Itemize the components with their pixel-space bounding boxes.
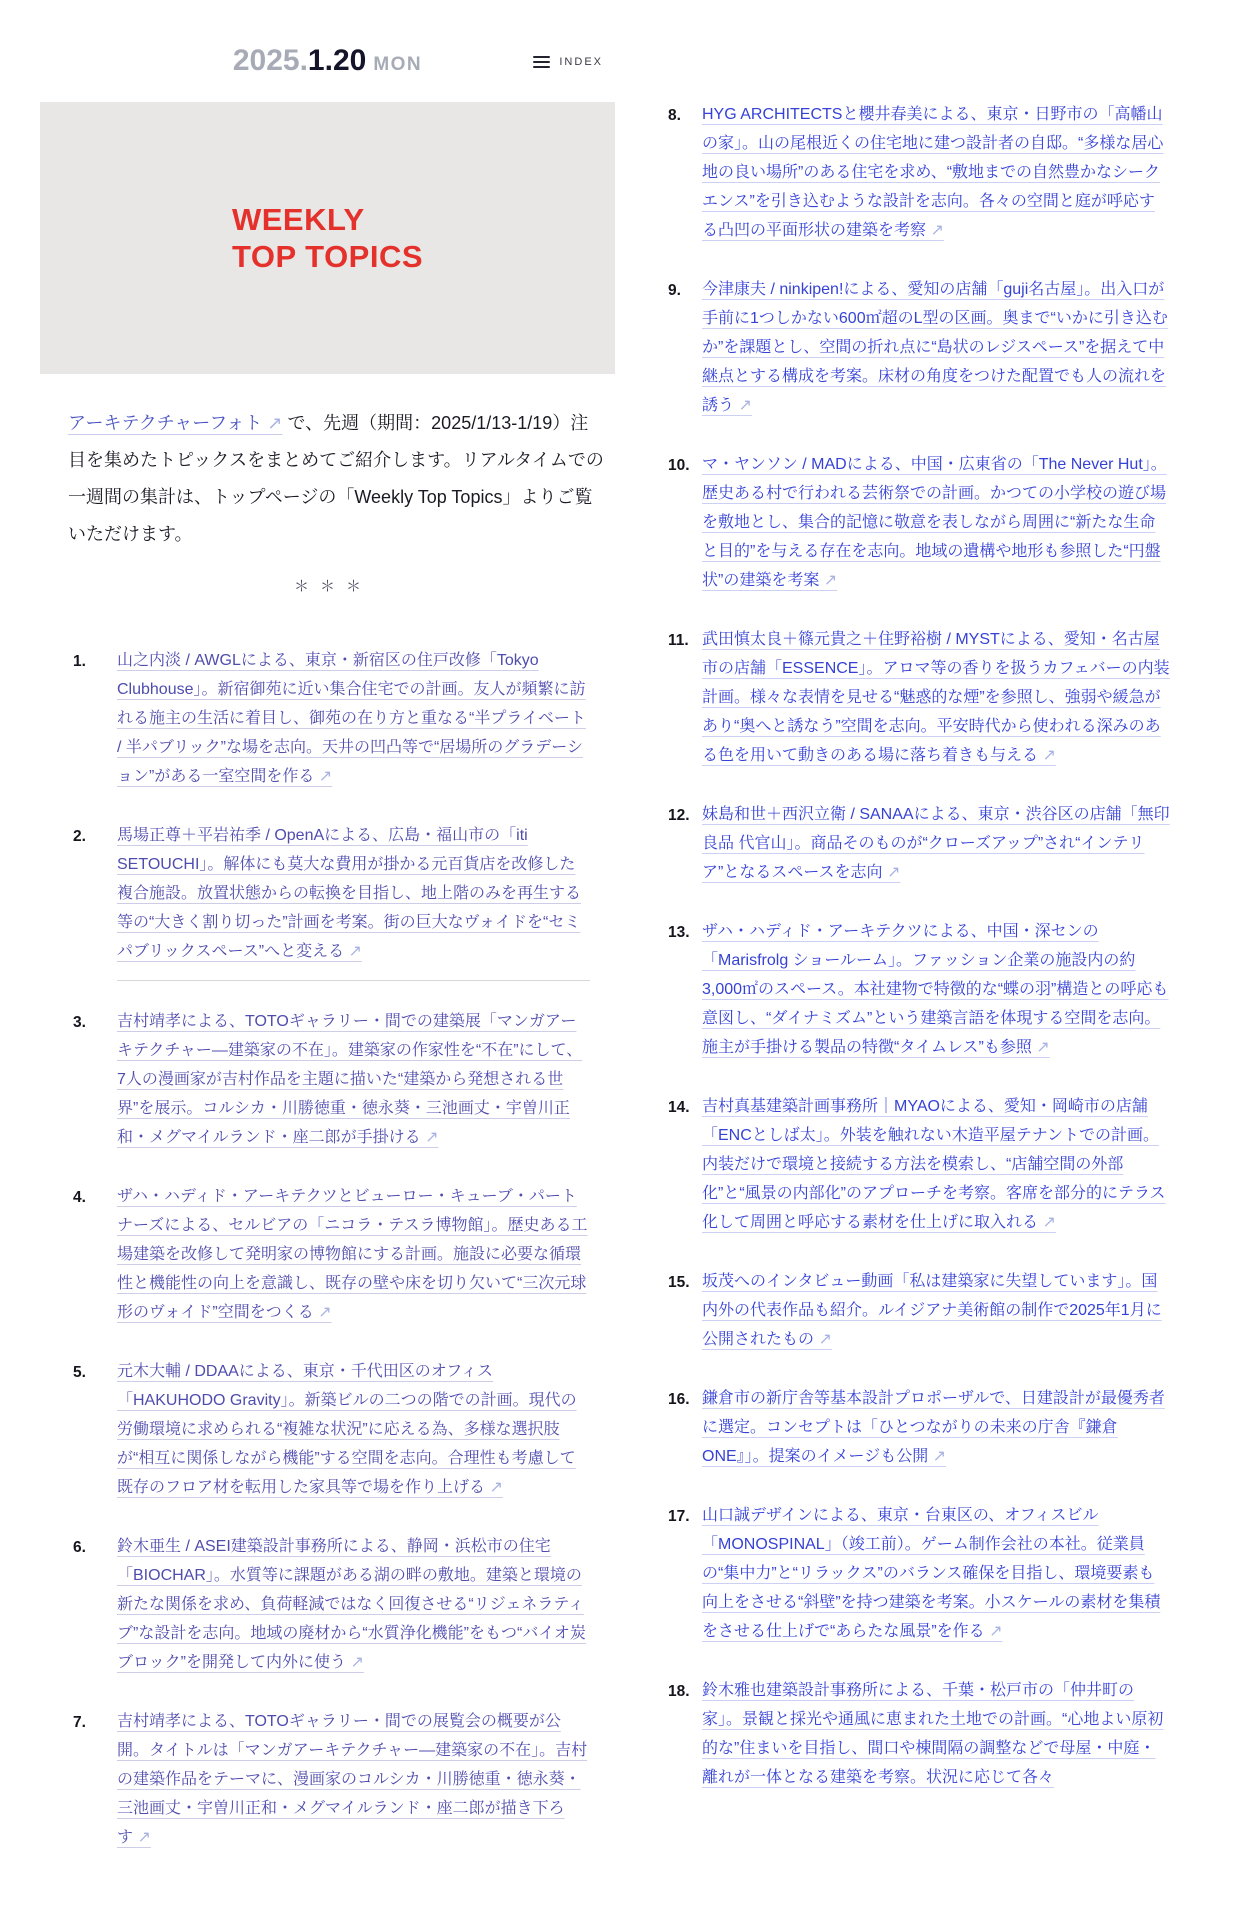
topic-number: 5. xyxy=(73,1357,117,1502)
topic-link[interactable]: 妹島和世＋西沢立衛 / SANAAによる、東京・渋谷区の店舗「無印良品 代官山」… xyxy=(702,800,1170,887)
topic-item: 3.吉村靖孝による、TOTOギャラリー・間での建築展「マンガアーキテクチャー―建… xyxy=(73,1007,590,1152)
topic-number: 3. xyxy=(73,1007,117,1152)
topic-number: 15. xyxy=(668,1267,702,1354)
topic-link[interactable]: 山口誠デザインによる、東京・台東区の、オフィスビル「MONOSPINAL」（竣工… xyxy=(702,1501,1170,1646)
external-link-icon: ↗ xyxy=(928,1448,946,1465)
date-day: 1.20 xyxy=(308,44,366,77)
masthead: 2025.1.20MON INDEX xyxy=(40,44,615,86)
page-date: 2025.1.20MON xyxy=(40,44,615,78)
external-link-icon: ↗ xyxy=(346,1654,364,1671)
topic-link[interactable]: 吉村靖孝による、TOTOギャラリー・間での建築展「マンガアーキテクチャー―建築家… xyxy=(117,1007,590,1152)
topic-item: 16.鎌倉市の新庁舎等基本設計プロポーザルで、日建設計が最優秀者に選定。コンセプ… xyxy=(668,1384,1170,1471)
topics-list-left: 1.山之内淡 / AWGLによる、東京・新宿区の住戸改修「Tokyo Clubh… xyxy=(73,646,590,1852)
site-link[interactable]: アーキテクチャーフォト ↗ xyxy=(68,413,283,433)
index-label: INDEX xyxy=(559,56,603,68)
topic-link[interactable]: 鈴木亜生 / ASEI建築設計事務所による、静岡・浜松市の住宅「BIOCHAR」… xyxy=(117,1532,590,1677)
site-link-label: アーキテクチャーフォト xyxy=(68,413,262,433)
topic-link[interactable]: 鎌倉市の新庁舎等基本設計プロポーザルで、日建設計が最優秀者に選定。コンセプトは「… xyxy=(702,1384,1170,1471)
external-link-icon: ↗ xyxy=(1038,747,1056,764)
topic-number: 7. xyxy=(73,1707,117,1852)
external-link-icon: ↗ xyxy=(314,768,332,785)
right-column: 8.HYG ARCHITECTSと櫻井春美による、東京・日野市の「高幡山の家」。… xyxy=(668,100,1170,1822)
topic-item: 4.ザハ・ハディド・アーキテクツとビューロー・キューブ・パートナーズによる、セル… xyxy=(73,1182,590,1327)
topic-number: 12. xyxy=(668,800,702,887)
intro-paragraph: アーキテクチャーフォト ↗ で、先週（期間：2025/1/13-1/19）注目を… xyxy=(68,405,605,553)
topic-item: 1.山之内淡 / AWGLによる、東京・新宿区の住戸改修「Tokyo Clubh… xyxy=(73,646,590,791)
topic-link[interactable]: 元木大輔 / DDAAによる、東京・千代田区のオフィス「HAKUHODO Gra… xyxy=(117,1357,590,1502)
section-divider-stars: ＊＊＊ xyxy=(40,575,615,596)
external-link-icon: ↗ xyxy=(133,1829,151,1846)
external-link-icon: ↗ xyxy=(883,864,901,881)
topic-number: 4. xyxy=(73,1182,117,1327)
topic-item: 7.吉村靖孝による、TOTOギャラリー・間での展覧会の概要が公開。タイトルは「マ… xyxy=(73,1707,590,1852)
topic-item: 15.坂茂へのインタビュー動画「私は建築家に失望しています」。国内外の代表作品も… xyxy=(668,1267,1170,1354)
external-link-icon: ↗ xyxy=(485,1479,503,1496)
date-year: 2025. xyxy=(233,44,308,77)
topic-number: 2. xyxy=(73,821,117,966)
topic-number: 13. xyxy=(668,917,702,1062)
topic-link[interactable]: 馬場正尊＋平岩祐季 / OpenAによる、広島・福山市の「iti SETOUCH… xyxy=(117,821,590,966)
topic-link[interactable]: 今津康夫 / ninkipen!による、愛知の店舗「guji名古屋」。出入口が手… xyxy=(702,275,1170,420)
topic-number: 17. xyxy=(668,1501,702,1646)
divider-line xyxy=(117,980,590,981)
page: 2025.1.20MON INDEX WEEKLY TOP TOPICS アーキ… xyxy=(0,0,1239,1920)
topic-item: 10.マ・ヤンソン / MADによる、中国・広東省の「The Never Hut… xyxy=(668,450,1170,595)
menu-icon xyxy=(533,56,550,68)
topic-number: 11. xyxy=(668,625,702,770)
hero-title-line1: WEEKLY xyxy=(232,201,423,238)
hero-title-line2: TOP TOPICS xyxy=(232,238,423,275)
external-link-icon: ↗ xyxy=(421,1129,439,1146)
topic-item: 2.馬場正尊＋平岩祐季 / OpenAによる、広島・福山市の「iti SETOU… xyxy=(73,821,590,966)
topic-link[interactable]: マ・ヤンソン / MADによる、中国・広東省の「The Never Hut」。歴… xyxy=(702,450,1170,595)
topic-link[interactable]: HYG ARCHITECTSと櫻井春美による、東京・日野市の「高幡山の家」。山の… xyxy=(702,100,1170,245)
topic-number: 10. xyxy=(668,450,702,595)
topic-number: 14. xyxy=(668,1092,702,1237)
topics-list-right: 8.HYG ARCHITECTSと櫻井春美による、東京・日野市の「高幡山の家」。… xyxy=(668,100,1170,1792)
index-button[interactable]: INDEX xyxy=(533,56,603,68)
topic-number: 9. xyxy=(668,275,702,420)
topic-link[interactable]: 吉村靖孝による、TOTOギャラリー・間での展覧会の概要が公開。タイトルは「マンガ… xyxy=(117,1707,590,1852)
hero-title: WEEKLY TOP TOPICS xyxy=(232,201,423,275)
topic-link[interactable]: ザハ・ハディド・アーキテクツによる、中国・深センの「Marisfrolg ショー… xyxy=(702,917,1170,1062)
topic-link[interactable]: 武田慎太良＋篠元貴之＋住野裕樹 / MYSTによる、愛知・名古屋市の店舗「ESS… xyxy=(702,625,1170,770)
hero-banner: WEEKLY TOP TOPICS xyxy=(40,102,615,374)
external-link-icon: ↗ xyxy=(1032,1039,1050,1056)
topic-number: 1. xyxy=(73,646,117,791)
external-link-icon: ↗ xyxy=(1038,1214,1056,1231)
topic-item: 12.妹島和世＋西沢立衛 / SANAAによる、東京・渋谷区の店舗「無印良品 代… xyxy=(668,800,1170,887)
topic-link[interactable]: 鈴木雅也建築設計事務所による、千葉・松戸市の「仲井町の家」。景観と採光や通風に恵… xyxy=(702,1676,1170,1792)
topic-link[interactable]: 坂茂へのインタビュー動画「私は建築家に失望しています」。国内外の代表作品も紹介。… xyxy=(702,1267,1170,1354)
external-link-icon: ↗ xyxy=(344,943,362,960)
topic-number: 6. xyxy=(73,1532,117,1677)
external-link-icon: ↗ xyxy=(314,1304,332,1321)
external-link-icon: ↗ xyxy=(926,222,944,239)
left-column: 2025.1.20MON INDEX WEEKLY TOP TOPICS アーキ… xyxy=(40,44,615,1882)
topic-item: 9.今津康夫 / ninkipen!による、愛知の店舗「guji名古屋」。出入口… xyxy=(668,275,1170,420)
topic-item: 5.元木大輔 / DDAAによる、東京・千代田区のオフィス「HAKUHODO G… xyxy=(73,1357,590,1502)
topic-number: 16. xyxy=(668,1384,702,1471)
external-link-icon: ↗ xyxy=(734,397,752,414)
topic-link[interactable]: ザハ・ハディド・アーキテクツとビューロー・キューブ・パートナーズによる、セルビア… xyxy=(117,1182,590,1327)
topic-item: 6.鈴木亜生 / ASEI建築設計事務所による、静岡・浜松市の住宅「BIOCHA… xyxy=(73,1532,590,1677)
date-weekday: MON xyxy=(373,54,422,75)
topic-item: 11.武田慎太良＋篠元貴之＋住野裕樹 / MYSTによる、愛知・名古屋市の店舗「… xyxy=(668,625,1170,770)
topic-item: 13.ザハ・ハディド・アーキテクツによる、中国・深センの「Marisfrolg … xyxy=(668,917,1170,1062)
external-link-icon: ↗ xyxy=(819,572,837,589)
topic-link[interactable]: 吉村真基建築計画事務所｜MYAOによる、愛知・岡崎市の店舗「ENCとしば太」。外… xyxy=(702,1092,1170,1237)
topic-item: 18.鈴木雅也建築設計事務所による、千葉・松戸市の「仲井町の家」。景観と採光や通… xyxy=(668,1676,1170,1792)
external-link-icon: ↗ xyxy=(267,413,282,433)
topic-item: 17.山口誠デザインによる、東京・台東区の、オフィスビル「MONOSPINAL」… xyxy=(668,1501,1170,1646)
topic-number: 18. xyxy=(668,1676,702,1792)
external-link-icon: ↗ xyxy=(985,1623,1003,1640)
topic-item: 14.吉村真基建築計画事務所｜MYAOによる、愛知・岡崎市の店舗「ENCとしば太… xyxy=(668,1092,1170,1237)
external-link-icon: ↗ xyxy=(814,1331,832,1348)
topic-item: 8.HYG ARCHITECTSと櫻井春美による、東京・日野市の「高幡山の家」。… xyxy=(668,100,1170,245)
topic-link[interactable]: 山之内淡 / AWGLによる、東京・新宿区の住戸改修「Tokyo Clubhou… xyxy=(117,646,590,791)
topic-number: 8. xyxy=(668,100,702,245)
